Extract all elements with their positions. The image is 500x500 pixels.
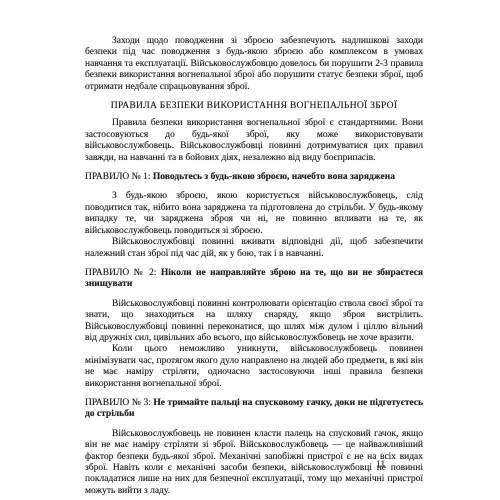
rule-1-paragraph: З будь-якою зброєю, якою користується ві… — [85, 191, 423, 237]
rule-1-label: ПРАВИЛО № 1: — [85, 172, 151, 182]
intro-paragraph: Заходи щодо поводження зі зброєю забезпе… — [85, 36, 423, 93]
rule-3-paragraph: Військовослужбовець не повинен класти па… — [85, 429, 423, 497]
rule-3-label: ПРАВИЛО № 3: — [85, 398, 151, 408]
rule-1-title: Поводьтесь з будь-якою зброєю, начебто в… — [153, 172, 395, 182]
document-page: Заходи щодо поводження зі зброєю забезпе… — [85, 36, 423, 497]
section-title: ПРАВИЛА БЕЗПЕКИ ВИКОРИСТАННЯ ВОГНЕПАЛЬНО… — [85, 100, 423, 111]
section-intro-paragraph: Правила безпеки використання вогнепально… — [85, 118, 423, 164]
rule-2-paragraph: Військовослужбовці повинні контролювати … — [85, 299, 423, 345]
rule-2-heading: ПРАВИЛО № 2: Ніколи не направляйте зброю… — [85, 268, 423, 291]
page-number: 11 — [376, 460, 385, 470]
rule-2-paragraph: Коли цього неможливо уникнути, військово… — [85, 344, 423, 390]
rule-3-heading: ПРАВИЛО № 3: Не тримайте пальці на спуск… — [85, 398, 423, 421]
rule-1-paragraph: Військовослужбовці повинні вживати відпо… — [85, 237, 423, 260]
rule-1-heading: ПРАВИЛО № 1: Поводьтесь з будь-якою збро… — [85, 172, 423, 183]
rule-2-label: ПРАВИЛО № 2: — [85, 268, 156, 278]
